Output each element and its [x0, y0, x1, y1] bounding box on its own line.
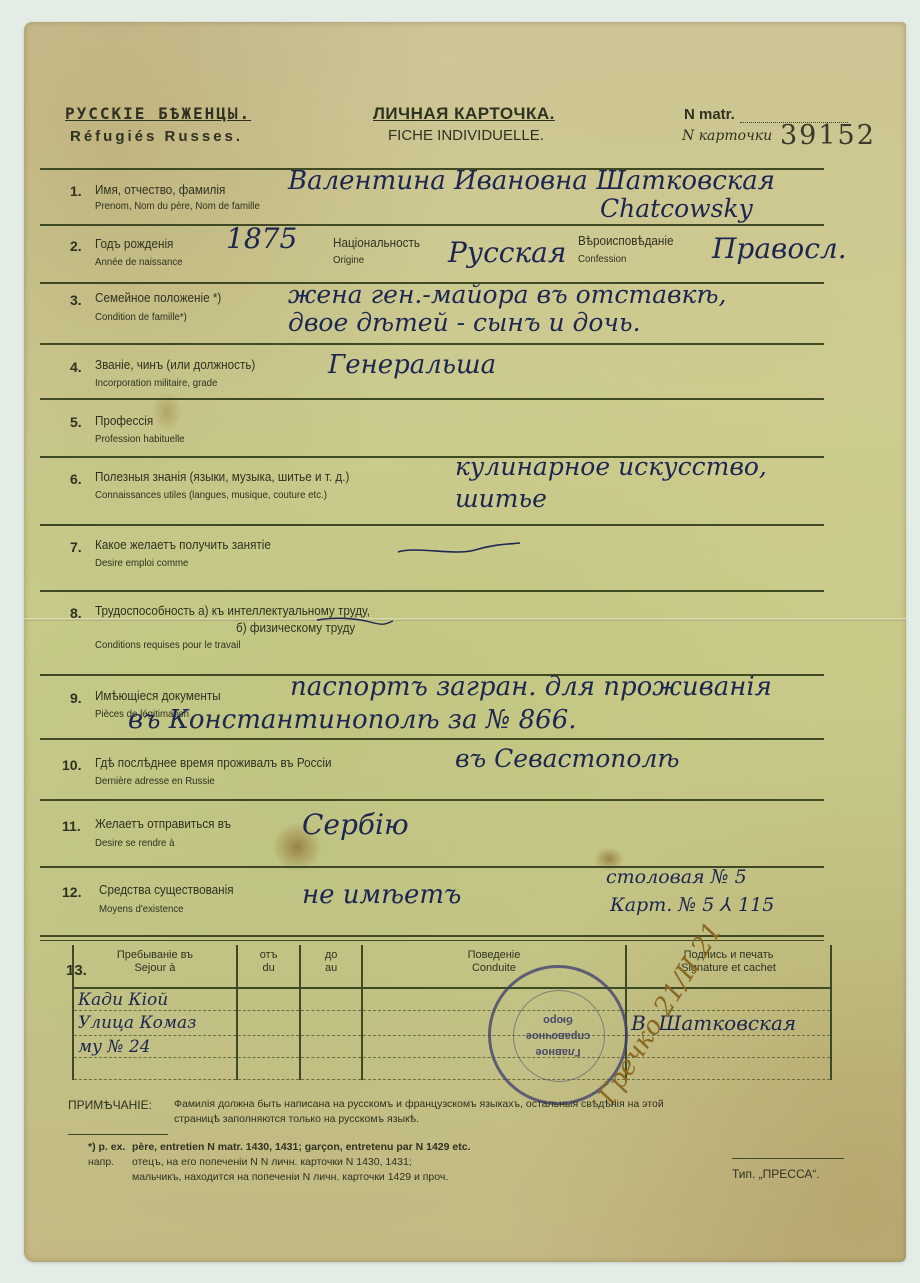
field-value: Генеральша — [328, 350, 496, 380]
dash-scribble — [315, 614, 395, 628]
field-value-line2: шитье — [455, 484, 547, 513]
field-value: Валентина Ивановна Шатковская — [288, 166, 775, 196]
divider — [40, 799, 824, 801]
nationality-label-fr: Origine — [333, 254, 364, 266]
stamp-text: бюро — [491, 1014, 625, 1026]
divider — [40, 224, 824, 226]
field-number: 8. — [70, 605, 82, 621]
org-title-ru: РУССКІЕ БѢЖЕНЦЫ. — [65, 104, 251, 123]
note-label: ПРИМѢЧАНІЕ: — [68, 1098, 152, 1112]
note-line-2: страницѣ заполняются только на русскомъ … — [174, 1113, 419, 1125]
stay-signature — [626, 1058, 831, 1080]
footnote-mark-ru: напр. — [88, 1156, 114, 1168]
birth-year-value: 1875 — [226, 222, 297, 255]
field-number: 9. — [70, 690, 82, 706]
field-label-ru: Желаетъ отправиться въ — [95, 816, 231, 831]
table-row: Кади Кіой — [73, 988, 831, 1011]
card-title-fr: FICHE INDIVIDUELLE. — [388, 127, 544, 144]
divider — [40, 398, 824, 400]
field-label-ru: Профессія — [95, 413, 153, 428]
divider — [40, 343, 824, 345]
field-number: 12. — [62, 884, 81, 900]
paper-fold — [24, 618, 906, 621]
stay-table: Пребываніе въSejour à отъdu доau Поведен… — [72, 945, 832, 1080]
field-value: паспортъ загран. для проживанія — [290, 672, 772, 702]
stay-to — [300, 1011, 361, 1036]
col-header-signature: Подпись и печатьSignature et cachet — [626, 945, 831, 988]
stay-table-header: Пребываніе въSejour à отъdu доau Поведен… — [73, 945, 831, 988]
field-label-ru: Какое желаетъ получить занятіе — [95, 537, 271, 552]
field-label-fr: Connaissances utiles (langues, musique, … — [95, 489, 327, 501]
footnote-mark-fr: *) p. ex. — [88, 1141, 125, 1153]
field-label-ru: Средства существованія — [99, 882, 234, 897]
field-value-line2: въ Константинополѣ за № 866. — [128, 705, 577, 735]
printer-divider — [732, 1158, 844, 1159]
field-label-ru: Полезныя знанія (языки, музыка, шитье и … — [95, 469, 349, 484]
field-label-fr: Profession habituelle — [95, 433, 185, 445]
field-note-line1: столовая № 5 — [606, 866, 747, 888]
field-number: 11. — [62, 818, 81, 834]
stay-to — [300, 1058, 361, 1080]
field-label-fr: Prenom, Nom du père, Nom de famille — [95, 200, 260, 212]
field-label-ru: Гдѣ послѣднее время проживалъ въ Россіи — [95, 755, 331, 770]
stay-from — [237, 1011, 301, 1036]
footnote-line-ru2: мальчикъ, находится на попеченіи N личн.… — [132, 1171, 448, 1183]
confession-label-fr: Confession — [578, 253, 626, 265]
field-label-fr: Desire se rendre à — [95, 837, 174, 849]
field-label-fr: Desire emploi comme — [95, 557, 188, 569]
field-number: 7. — [70, 539, 82, 555]
field-value: кулинарное искусство, — [455, 452, 767, 481]
stay-place: Кади Кіой — [73, 988, 237, 1011]
stamp-text: Главное — [491, 1046, 625, 1058]
printer-mark: Тип. „ПРЕССА“. — [732, 1167, 820, 1181]
field-value-latin: Chatcowsky — [600, 194, 753, 223]
table-row: Улица Комаз В. Шатковская — [73, 1011, 831, 1036]
confession-label-ru: Вѣроисповѣданіе — [578, 233, 674, 248]
field-label-fr: Année de naissance — [95, 256, 183, 268]
stay-from — [237, 988, 301, 1011]
nationality-value: Русская — [448, 236, 566, 269]
field-number: 10. — [62, 757, 81, 773]
divider — [40, 590, 824, 592]
note-line-1: Фамилія должна быть написана на русскомъ… — [174, 1098, 664, 1110]
field-number: 5. — [70, 414, 82, 430]
stay-place — [73, 1058, 237, 1080]
field-label-fr: Condition de famille*) — [95, 311, 187, 323]
stay-from — [237, 1058, 301, 1080]
card-title-ru: ЛИЧНАЯ КАРТОЧКА. — [373, 104, 555, 124]
field-note-line2: Карт. № 5 ⅄ 115 — [610, 894, 774, 916]
field-value-line2: двое дѣтей - сынъ и дочь. — [288, 308, 641, 337]
field-value: Сербію — [302, 808, 409, 841]
field-label-ru: Годъ рожденія — [95, 236, 173, 251]
stamp-text: справочное — [491, 1030, 625, 1042]
nationality-label-ru: Національность — [333, 235, 420, 250]
field-number: 1. — [70, 183, 82, 199]
stay-to — [300, 1036, 361, 1058]
stay-place: му № 24 — [73, 1036, 237, 1058]
n-matr-label: N matr. — [684, 106, 735, 123]
table-row — [73, 1058, 831, 1080]
field-label-fr: Moyens d'existence — [99, 903, 184, 915]
col-header-to: доau — [300, 945, 361, 988]
field-label-ru: Семейное положеніе *) — [95, 290, 221, 305]
divider — [40, 524, 824, 526]
confession-value: Правосл. — [712, 232, 847, 265]
col-header-from: отъdu — [237, 945, 301, 988]
field-label-ru: Имѣющіеся документы — [95, 688, 221, 703]
stay-place: Улица Комаз — [73, 1011, 237, 1036]
table-row: му № 24 — [73, 1036, 831, 1058]
field-number: 2. — [70, 238, 82, 254]
stay-from — [237, 1036, 301, 1058]
field-label-fr: Incorporation militaire, grade — [95, 377, 217, 389]
footnote-divider — [68, 1134, 168, 1135]
dash-scribble — [395, 540, 525, 560]
field-value: не имѣетъ — [302, 880, 461, 910]
footnote-line-ru1: отецъ, на его попеченіи N N личн. карточ… — [132, 1156, 412, 1168]
col-header-stay: Пребываніе въSejour à — [73, 945, 237, 988]
divider — [40, 738, 824, 740]
field-number: 4. — [70, 359, 82, 375]
org-title-fr: Réfugiés Russes. — [70, 128, 243, 145]
card-number: 39152 — [780, 120, 876, 151]
field-label-fr: Dernière adresse en Russie — [95, 775, 215, 787]
field-value: въ Севастополѣ — [455, 744, 679, 773]
n-card-label: N карточки — [682, 128, 772, 144]
field-value: жена ген.-майора въ отставкѣ, — [288, 280, 726, 309]
field-number: 3. — [70, 292, 82, 308]
field-label-fr: Conditions requises pour le travail — [95, 639, 241, 651]
field-label-ru: Имя, отчество, фамилія — [95, 182, 225, 197]
field-number: 6. — [70, 471, 82, 487]
field-label-ru: Званіе, чинъ (или должность) — [95, 357, 255, 372]
stay-to — [300, 988, 361, 1011]
footnote-line-fr: père, entretien N matr. 1430, 1431; garç… — [132, 1141, 470, 1153]
